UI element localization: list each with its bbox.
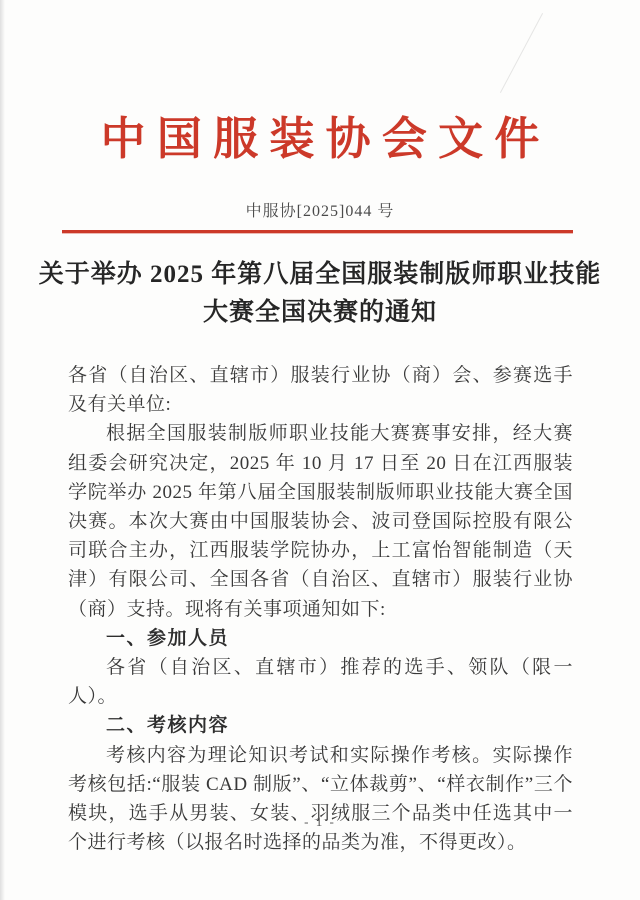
red-divider-rule — [62, 230, 573, 233]
document-body: 各省（自治区、直辖市）服装行业协（商）会、参赛选手及有关单位: 根据全国服装制版… — [68, 361, 573, 857]
doc-number: 中服协[2025]044 号 — [0, 200, 640, 224]
section-heading-assessment: 二、考核内容 — [68, 711, 573, 740]
org-header-title: 中 国 服 装 协 会 文 件 — [0, 104, 640, 174]
page-number: - 1 - — [0, 813, 640, 831]
salutation-line: 各省（自治区、直辖市）服装行业协（商）会、参赛选手及有关单位: — [68, 361, 573, 419]
assessment-paragraph: 考核内容为理论知识考试和实际操作考核。实际操作考核包括:“服装 CAD 制版”、… — [68, 741, 573, 858]
document-title-line2: 大赛全国决赛的通知 — [36, 294, 604, 332]
document-title-line1: 关于举办 2025 年第八届全国服装制版师职业技能 — [36, 256, 604, 294]
section-heading-participants: 一、参加人员 — [68, 624, 573, 653]
document-title: 关于举办 2025 年第八届全国服装制版师职业技能 大赛全国决赛的通知 — [36, 256, 604, 332]
intro-paragraph: 根据全国服装制版师职业技能大赛赛事安排，经大赛组委会研究决定，2025 年 10… — [68, 419, 573, 623]
participants-paragraph: 各省（自治区、直辖市）推荐的选手、领队（限一人）。 — [68, 653, 573, 711]
document-page: 中 国 服 装 协 会 文 件 中服协[2025]044 号 关于举办 2025… — [0, 0, 640, 900]
